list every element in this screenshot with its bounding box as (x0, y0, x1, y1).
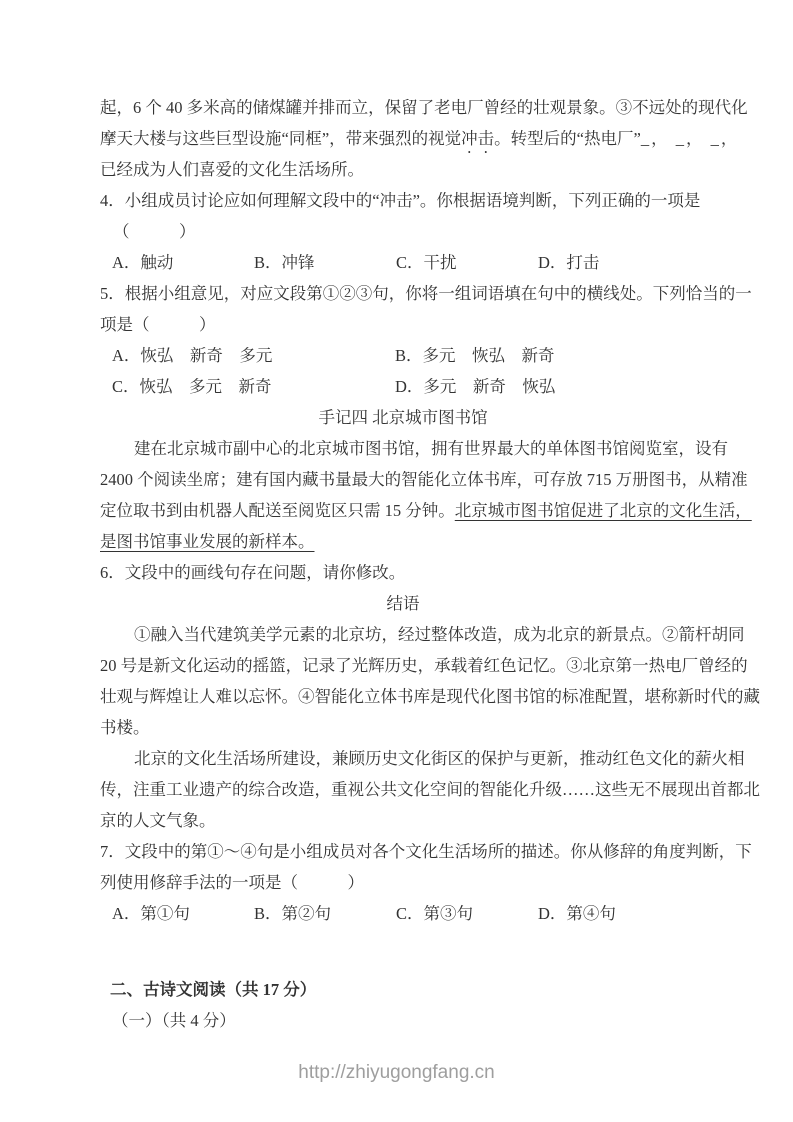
question-4-option-b: B．冲锋 (254, 247, 396, 278)
note-title: 手记四 北京城市图书馆 (100, 402, 706, 433)
question-4-answer-blank: （ ） (100, 216, 706, 247)
conclusion-line-2: 20 号是新文化运动的摇篮，记录了光辉历史，承载着红色记忆。③北京第一热电厂曾经… (100, 650, 706, 681)
exam-content: 起，6 个 40 多米高的储煤罐并排而立，保留了老电厂曾经的壮观景象。③不远处的… (100, 92, 706, 1036)
question-7-options: A．第①句B．第②句C．第③句D．第④句 (100, 898, 706, 929)
question-5-option-a: A．恢弘 新奇 多元 (112, 340, 395, 371)
question-5-options-row-1: A．恢弘 新奇 多元B．多元 恢弘 新奇 (100, 340, 706, 371)
question-6-stem: 6．文段中的画线句存在问题，请你修改。 (100, 557, 706, 588)
question-5-stem-line-1: 5．根据小组意见，对应文段第①②③句，你将一组词语填在句中的横线处。下列恰当的一 (100, 278, 706, 309)
conclusion-line-4: 书楼。 (100, 712, 706, 743)
question-7-option-b: B．第②句 (254, 898, 396, 929)
question-4-option-d: D．打击 (538, 247, 680, 278)
question-4-option-c: C．干扰 (396, 247, 538, 278)
conclusion-line-6: 传，注重工业遗产的综合改造，重视公共文化空间的智能化升级……这些无不展现出首都北 (100, 774, 706, 805)
note-line-2: 2400 个阅读坐席；建有国内藏书量最大的智能化立体书库，可存放 715 万册图… (100, 464, 706, 495)
question-7-option-d: D．第④句 (538, 898, 680, 929)
note-line-3: 定位取书到由机器人配送至阅览区只需 15 分钟。北京城市图书馆促进了北京的文化生… (100, 495, 706, 526)
question-5-option-c: C．恢弘 多元 新奇 (112, 371, 395, 402)
emphasized-word: 冲击 (461, 129, 494, 148)
conclusion-title: 结语 (100, 588, 706, 619)
conclusion-line-5: 北京的文化生活场所建设，兼顾历史文化街区的保护与更新，推动红色文化的薪火相 (100, 743, 706, 774)
note-line-1: 建在北京城市副中心的北京城市图书馆，拥有世界最大的单体图书馆阅览室，设有 (100, 433, 706, 464)
question-7-stem-line-1: 7．文段中的第①～④句是小组成员对各个文化生活场所的描述。你从修辞的角度判断，下 (100, 836, 706, 867)
passage-line-1: 起，6 个 40 多米高的储煤罐并排而立，保留了老电厂曾经的壮观景象。③不远处的… (100, 92, 706, 123)
watermark-url: http://zhiyugongfang.cn (0, 1062, 793, 1084)
conclusion-line-3: 壮观与辉煌让人难以忘怀。④智能化立体书库是现代化图书馆的标准配置，堪称新时代的藏 (100, 681, 706, 712)
passage-line-2: 摩天大楼与这些巨型设施“同框”，带来强烈的视觉冲击。转型后的“热电厂”_， _，… (100, 123, 706, 154)
section-2-heading: 二、古诗文阅读（共 17 分） (100, 974, 706, 1005)
question-4-option-a: A．触动 (112, 247, 254, 278)
question-7-option-a: A．第①句 (112, 898, 254, 929)
section-2-subheading: （一）（共 4 分） (100, 1005, 706, 1036)
question-5-option-b: B．多元 恢弘 新奇 (395, 340, 678, 371)
question-7-stem-line-2: 列使用修辞手法的一项是（ ） (100, 867, 706, 898)
question-7-option-c: C．第③句 (396, 898, 538, 929)
passage-line-2-post: 。转型后的“热电厂” (494, 129, 641, 148)
note-line-4: 是图书馆事业发展的新样本。 (100, 526, 706, 557)
section-gap (100, 929, 706, 974)
underlined-sentence-part-2: 是图书馆事业发展的新样本。 (100, 532, 315, 551)
note-line-3-pre: 定位取书到由机器人配送至阅览区只需 15 分钟。 (100, 501, 455, 520)
passage-line-3: 已经成为人们喜爱的文化生活场所。 (100, 154, 706, 185)
passage-line-2-pre: 摩天大楼与这些巨型设施“同框”，带来强烈的视觉 (100, 129, 461, 148)
question-5-stem-line-2: 项是（ ） (100, 309, 706, 340)
question-5-option-d: D．多元 新奇 恢弘 (395, 371, 678, 402)
fill-in-blanks: _， _， _， (641, 129, 740, 148)
conclusion-line-7: 京的人文气象。 (100, 805, 706, 836)
exam-page: 起，6 个 40 多米高的储煤罐并排而立，保留了老电厂曾经的壮观景象。③不远处的… (0, 0, 793, 1122)
question-5-options-row-2: C．恢弘 多元 新奇D．多元 新奇 恢弘 (100, 371, 706, 402)
question-4-options: A．触动B．冲锋C．干扰D．打击 (100, 247, 706, 278)
question-4-stem: 4．小组成员讨论应如何理解文段中的“冲击”。你根据语境判断，下列正确的一项是 (100, 185, 706, 216)
underlined-sentence-part-1: 北京城市图书馆促进了北京的文化生活， (455, 501, 752, 520)
conclusion-line-1: ①融入当代建筑美学元素的北京坊，经过整体改造，成为北京的新景点。②箭杆胡同 (100, 619, 706, 650)
